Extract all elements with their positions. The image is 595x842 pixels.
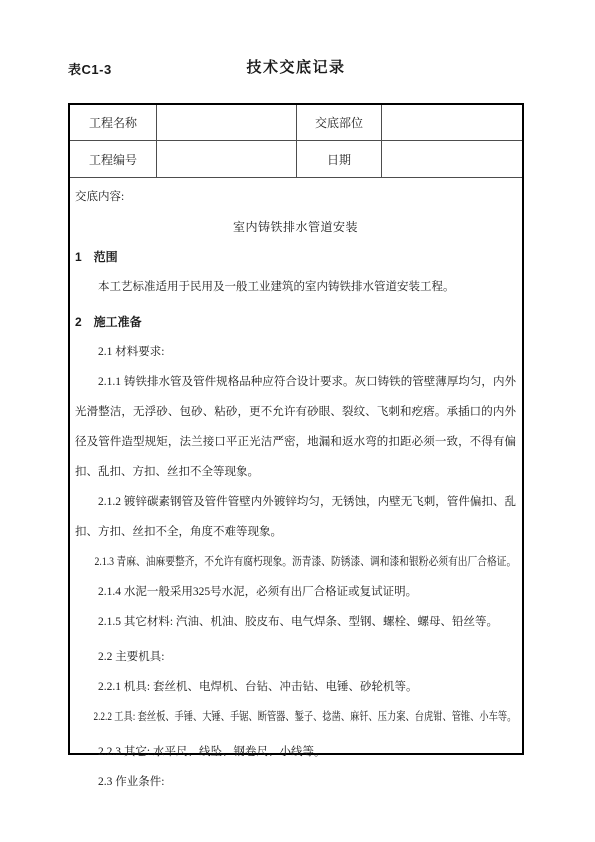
section-heading-preparation: 2 施工准备 xyxy=(75,307,516,337)
section-heading-scope: 1 范围 xyxy=(75,242,516,272)
paragraph-working-conditions: 2.3 作业条件: xyxy=(75,767,516,797)
project-name-value xyxy=(157,105,297,141)
project-number-label: 工程编号 xyxy=(70,141,157,178)
project-name-label: 工程名称 xyxy=(70,105,157,141)
paragraph-2-1-4: 2.1.4 水泥一般采用325号水泥，必须有出厂合格证或复试证明。 xyxy=(75,577,516,607)
paragraph-2-2-2: 2.2.2 工具: 套丝板、手锤、大锤、手锯、断管器、錾子、捻凿、麻钎、压力案、… xyxy=(75,702,429,732)
paragraph-main-tools: 2.2 主要机具: xyxy=(75,642,516,672)
paragraph-2-1-5: 2.1.5 其它材料: 汽油、机油、胶皮布、电气焊条、型钢、螺栓、螺母、铅丝等。 xyxy=(75,607,516,637)
form-code: 表C1-3 xyxy=(68,59,112,78)
paragraph-2-2-3: 2.2.3 其它: 水平尺、线坠、钢卷尺、小线等。 xyxy=(75,737,516,767)
paragraph-2-1-1: 2.1.1 铸铁排水管及管件规格品种应符合设计要求。灰口铸铁的管壁薄厚均匀，内外… xyxy=(75,367,516,487)
paragraph-2-1-2: 2.1.2 镀锌碳素钢管及管件管壁内外镀锌均匀，无锈蚀，内壁无飞刺，管件偏扣、乱… xyxy=(75,487,516,547)
date-value xyxy=(382,141,522,178)
paragraph-2-1-3: 2.1.3 青麻、油麻要整齐，不允许有腐朽现象。沥青漆、防锈漆、调和漆和银粉必须… xyxy=(75,547,449,577)
document-title: 技术交底记录 xyxy=(68,56,524,77)
disclosure-content-box: 交底内容: 室内铸铁排水管道安装 1 范围 本工艺标准适用于民用及一般工业建筑的… xyxy=(70,178,522,797)
document-page: 表C1-3 技术交底记录 工程名称 交底部位 工程编号 日期 交底内容: 室内铸… xyxy=(0,0,595,842)
document-header: 表C1-3 技术交底记录 xyxy=(68,56,524,78)
info-table: 工程名称 交底部位 工程编号 日期 xyxy=(70,105,522,178)
paragraph-2-2-1: 2.2.1 机具: 套丝机、电焊机、台钻、冲击钻、电锤、砂轮机等。 xyxy=(75,672,516,702)
content-label: 交底内容: xyxy=(75,182,516,212)
content-subtitle: 室内铸铁排水管道安装 xyxy=(75,212,516,242)
disclosure-part-value xyxy=(382,105,522,141)
date-label: 日期 xyxy=(297,141,382,178)
project-number-value xyxy=(157,141,297,178)
paragraph-scope-body: 本工艺标准适用于民用及一般工业建筑的室内铸铁排水管道安装工程。 xyxy=(75,272,516,302)
disclosure-part-label: 交底部位 xyxy=(297,105,382,141)
paragraph-material-requirements: 2.1 材料要求: xyxy=(75,337,516,367)
form-frame: 工程名称 交底部位 工程编号 日期 交底内容: 室内铸铁排水管道安装 1 范围 … xyxy=(68,103,524,755)
